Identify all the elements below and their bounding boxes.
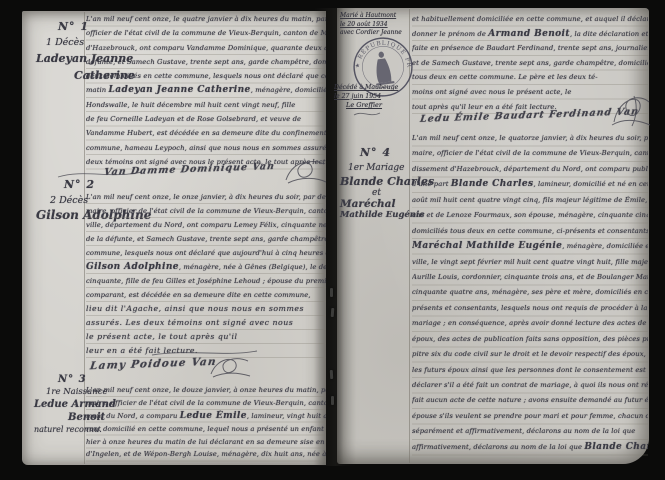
manuscript-line: ville, département du Nord, ont comparu …: [86, 218, 326, 232]
death-mention: Décédé à Maubeuge le 27 juin 1954 Le Gre…: [334, 84, 426, 118]
manuscript-line: domiciliés tous deux en cette commune, c…: [412, 224, 648, 239]
manuscript-line: déclarer s'il a été fait un contrat de m…: [412, 378, 648, 393]
manuscript-line: Vandamme Hubert, est décédée en sa demeu…: [86, 126, 326, 140]
act2-body: L'an mil neuf cent onze, le onze janvier…: [86, 190, 326, 358]
staple: [331, 308, 335, 317]
manuscript-line: séparément et affirmativement, déclarons…: [412, 424, 648, 439]
manuscript-line: défunte, et Samech Gustave, trente sept …: [86, 55, 326, 69]
signature-paraphe: [608, 92, 652, 128]
staple: [330, 370, 333, 379]
manuscript-line: août mil huit cent quatre vingt cinq, fi…: [412, 193, 648, 208]
manuscript-line: officier de l'état civil de la commune d…: [86, 26, 326, 40]
manuscript-line: cinquante quatre ans, ménagère, ses père…: [412, 285, 648, 300]
manuscript-line: maire, officier de l'état civil de la co…: [86, 397, 326, 410]
manuscript-line: Gilson Adolphine, ménagère, née à Gênes …: [86, 260, 326, 274]
manuscript-line: commune, lesquels nous ont déclaré que a…: [86, 246, 326, 260]
manuscript-line: hier à onze heures du matin de lui décla…: [86, 436, 326, 449]
manuscript-line: commune, hameau Leypoch, ainsi que nous …: [86, 141, 326, 155]
manuscript-line: de feu Corneille Ladeyan et de Rose Gols…: [86, 112, 326, 126]
manuscript-line: L'an mil neuf cent onze, le quatre janvi…: [86, 12, 326, 26]
manuscript-line: et de Samech Gustave, trente sept ans, g…: [412, 56, 648, 71]
manuscript-line: donner le prénom de Armand Benoit, la di…: [412, 27, 648, 42]
act1-body: L'an mil neuf cent onze, le quatre janvi…: [86, 12, 326, 170]
manuscript-line: ville, le vingt sept février mil huit ce…: [412, 255, 648, 270]
manuscript-line: maire, officier de l'état civil de la co…: [412, 146, 648, 161]
manuscript-line: d'Ingelen, et de Wépon-Bergh Louise, mén…: [86, 448, 326, 461]
act3-body-part1: L'an mil neuf cent onze, le douze janvie…: [86, 384, 326, 462]
signature-paraphe: [282, 156, 328, 186]
death-mention-line: Décédé à Maubeuge: [334, 84, 426, 93]
act4-body: L'an mil neuf cent onze, le quatorze jan…: [412, 131, 648, 457]
manuscript-line: L'an mil neuf cent onze, le douze janvie…: [86, 384, 326, 397]
manuscript-line: présents et consentants, lesquels nous o…: [412, 301, 648, 316]
manuscript-line: mariage ; en conséquence, après avoir do…: [412, 316, 648, 331]
manuscript-line: assurés. Les deux témoins ont signé avec…: [86, 316, 326, 330]
manuscript-line: fait aucun acte de cette nature ; avons …: [412, 393, 648, 408]
manuscript-line: deux domiciliés en cette commune, lesque…: [86, 69, 326, 83]
staple: [331, 396, 334, 405]
manuscript-line: épouse s'ils veulent se prendre pour mar…: [412, 409, 648, 424]
signature-paraphe: [208, 354, 254, 380]
manuscript-line: Aurille Louis, cordonnier, cinquante tro…: [412, 270, 648, 285]
manuscript-line: affirmativement, déclarons au nom de la …: [412, 440, 648, 455]
staple: [330, 288, 333, 297]
manuscript-line: d'une part Blande Charles, lamineur, dom…: [412, 177, 648, 192]
manuscript-line: pitre six du code civil sur le droit et …: [412, 347, 648, 362]
manuscript-line: époux, des actes de publication faits sa…: [412, 332, 648, 347]
manuscript-line: Maréchal Mathilde Eugénie, ménagère, dom…: [412, 239, 648, 254]
manuscript-line: ment du Nord, a comparu Ledue Émile, lam…: [86, 410, 326, 423]
manuscript-line: ans et de Lenoze Fourmaux, son épouse, m…: [412, 208, 648, 223]
manuscript-line: de la défunte, et Samech Gustave, trente…: [86, 232, 326, 246]
manuscript-line: maire, officier de l'état civil de la co…: [86, 204, 326, 218]
manuscript-line: lieu dit l'Agache, ainsi que nous nous e…: [86, 302, 326, 316]
marianne-figure: [372, 50, 395, 85]
manuscript-line: L'an mil neuf cent onze, le quatorze jan…: [412, 131, 648, 146]
manuscript-line: tous deux en cette commune. Le père et l…: [412, 70, 648, 85]
manuscript-line: Hondswalle, le huit décembre mil huit ce…: [86, 98, 326, 112]
manuscript-line: faite en présence de Baudart Ferdinand, …: [412, 41, 648, 56]
manuscript-line: rant domicilié en cette commune, lequel …: [86, 423, 326, 436]
greffier-label: Le Greffier: [346, 101, 426, 110]
greffier-paraphe: [352, 110, 382, 118]
manuscript-line: dissement d'Hazebrouck, département du N…: [412, 162, 648, 177]
death-mention-line: le 27 juin 1954: [334, 93, 426, 102]
register-scan: N° 1 1 Décès Ladeyan Jeanne Catherine N°…: [0, 0, 665, 480]
manuscript-line: matin Ladeyan Jeanne Catherine, ménagère…: [86, 83, 326, 97]
manuscript-line: et habituellement domiciliée en cette co…: [412, 12, 648, 27]
manuscript-line: L'an mil neuf cent onze, le onze janvier…: [86, 190, 326, 204]
manuscript-line: le présent acte, le tout après qu'il: [86, 330, 326, 344]
manuscript-line: comparant, est décédée en sa demeure dit…: [86, 288, 326, 302]
manuscript-line: d'Hazebrouck, ont comparu Vandamme Domin…: [86, 41, 326, 55]
manuscript-line: les futurs époux ainsi que les personnes…: [412, 363, 648, 378]
manuscript-line: cinquante, fille de feu Gilles et Joséph…: [86, 274, 326, 288]
